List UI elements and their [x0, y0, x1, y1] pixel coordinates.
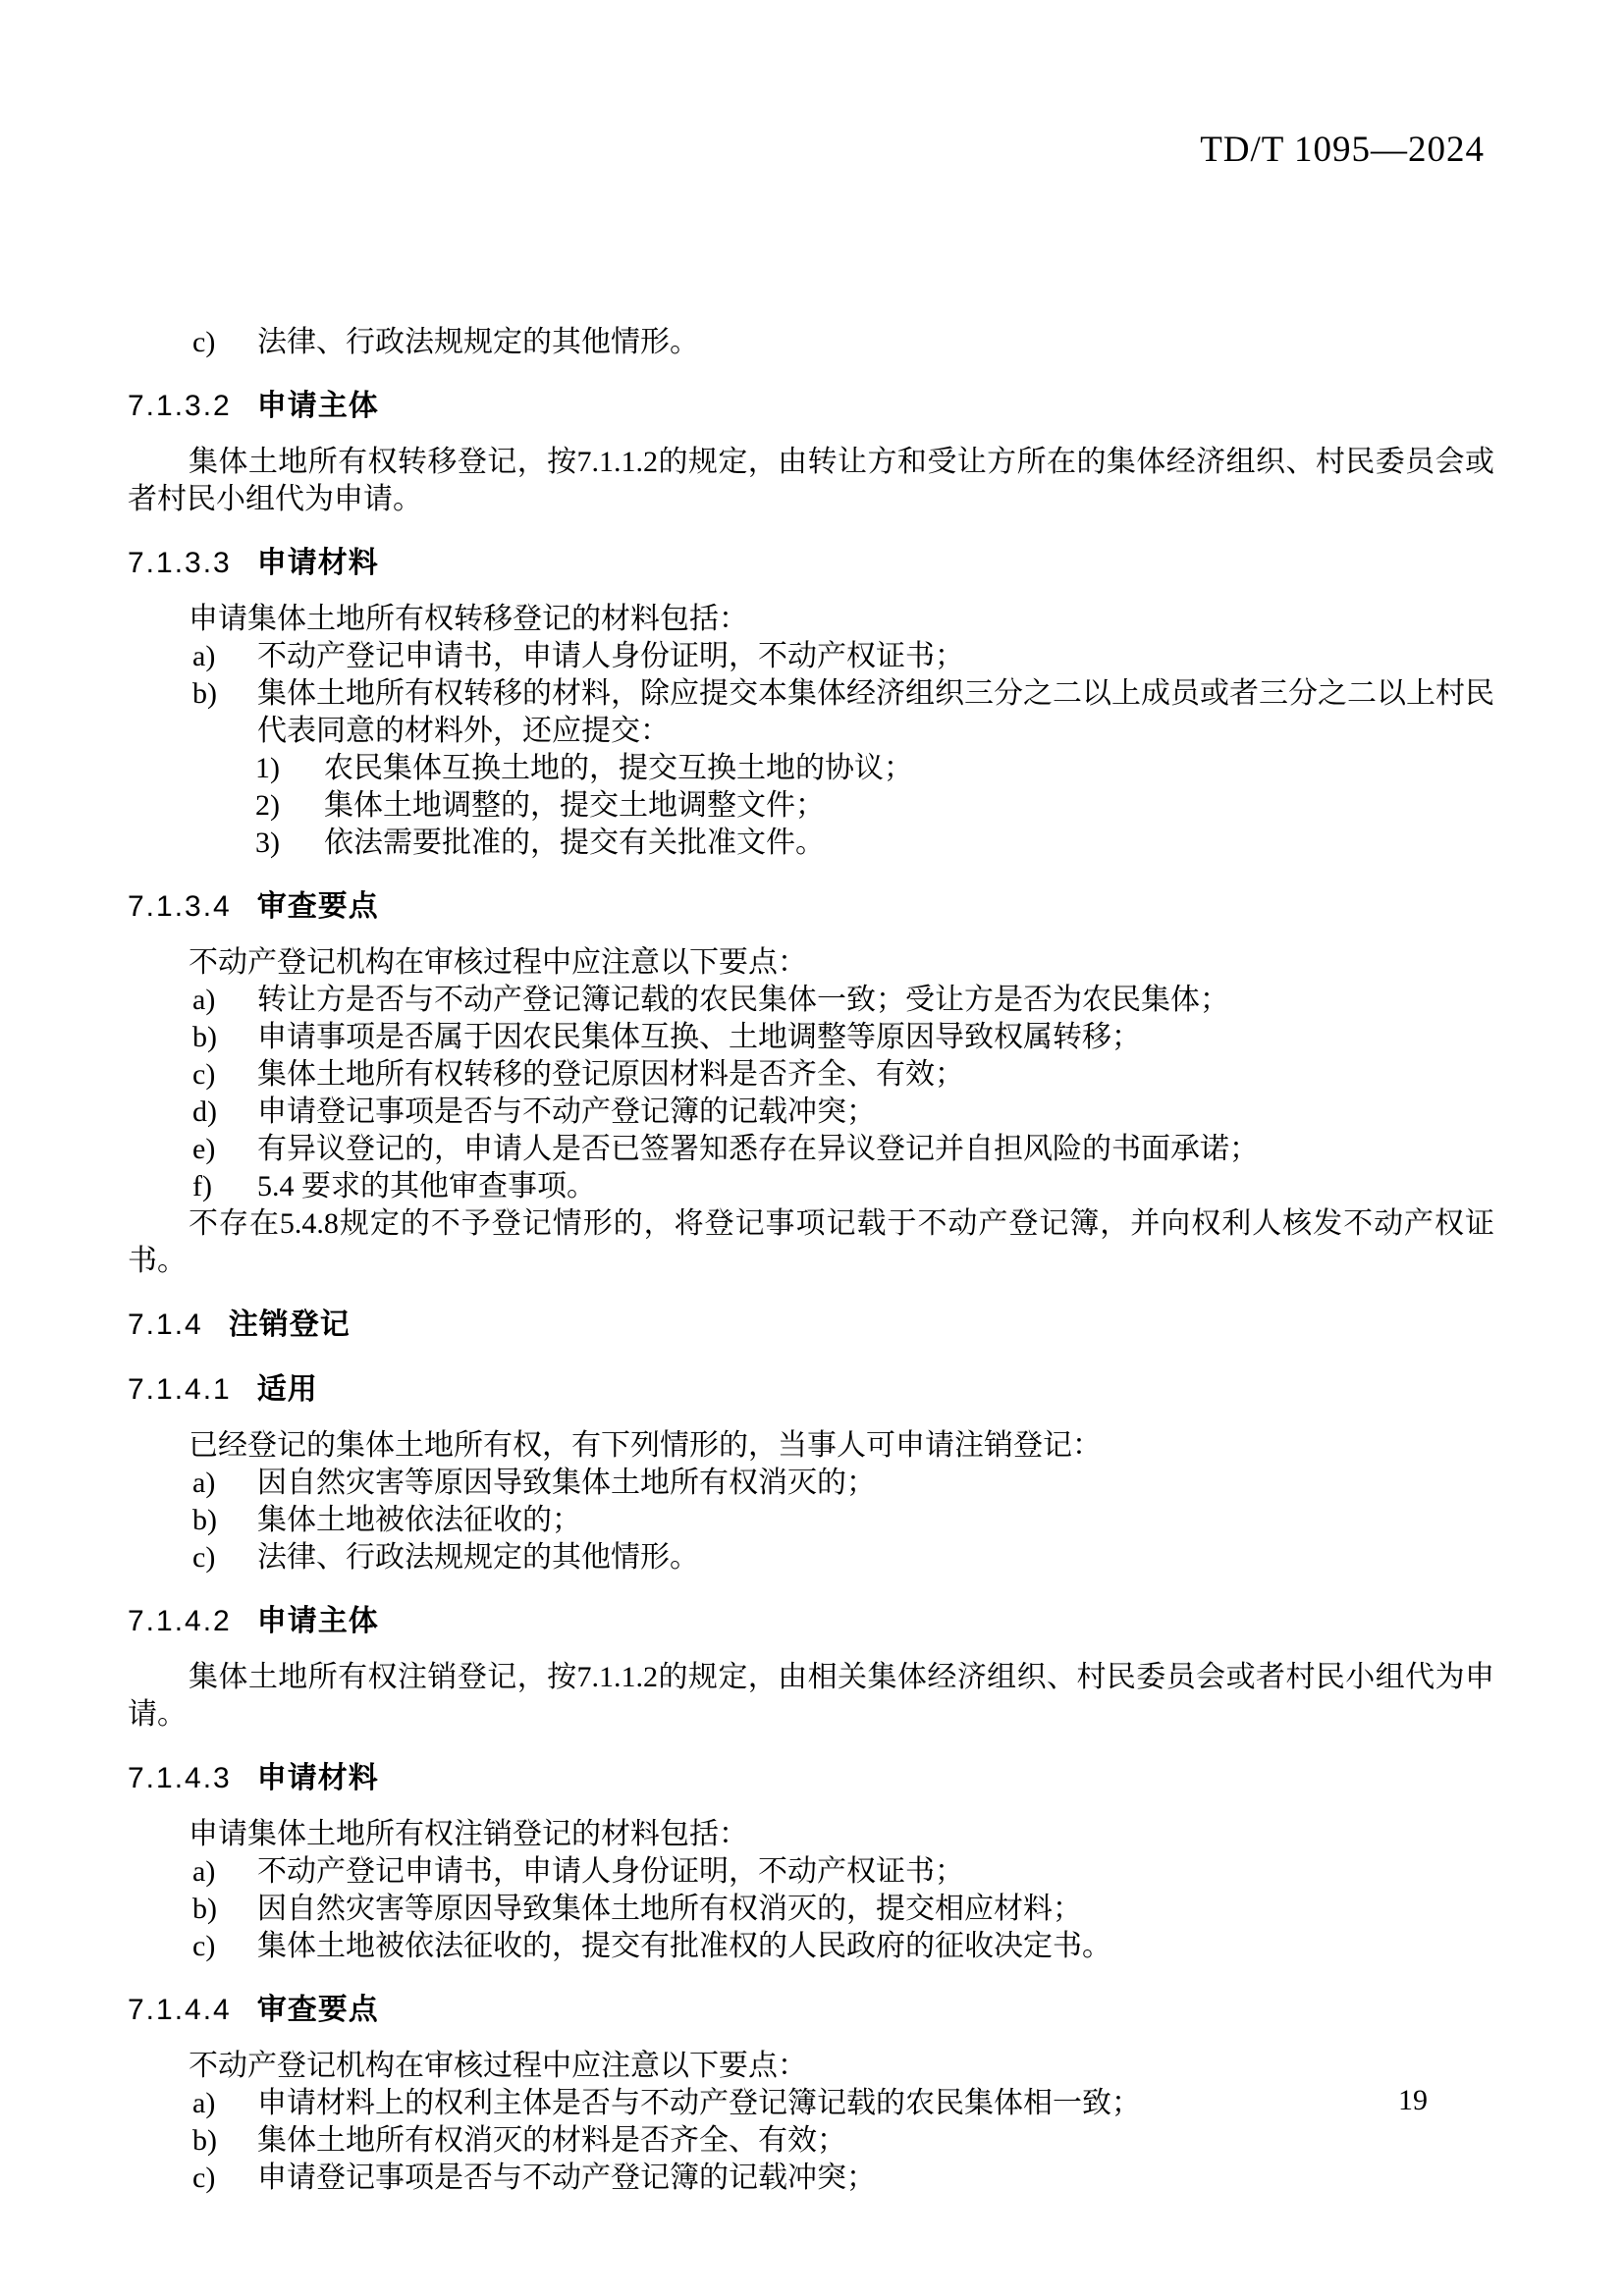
list-item: b)集体土地所有权消灭的材料是否齐全、有效；	[128, 2122, 1494, 2160]
list-item-text: 转让方是否与不动产登记簿记载的农民集体一致；受让方是否为农民集体；	[257, 982, 1494, 1019]
paragraph: 不存在5.4.8规定的不予登记情形的，将登记事项记载于不动产登记簿，并向权利人核…	[128, 1205, 1494, 1280]
list-item: 3)依法需要批准的，提交有关批准文件。	[128, 825, 1494, 862]
list-item-label: 3)	[255, 825, 324, 862]
section-title: 申请材料	[257, 544, 379, 583]
section-heading: 7.1.4.2申请主体	[128, 1602, 1494, 1641]
list-item: b)集体土地被依法征收的；	[128, 1502, 1494, 1539]
list-item-label: c)	[192, 2160, 257, 2197]
list-item: b)因自然灾害等原因导致集体土地所有权消灭的，提交相应材料；	[128, 1891, 1494, 1928]
list-item-label: b)	[192, 2122, 257, 2160]
list-item-label: a)	[192, 638, 257, 675]
list-item: b)申请事项是否属于因农民集体互换、土地调整等原因导致权属转移；	[128, 1019, 1494, 1056]
section-heading: 7.1.3.2申请主体	[128, 387, 1494, 426]
list-item-text: 集体土地所有权消灭的材料是否齐全、有效；	[257, 2122, 1494, 2160]
section-number: 7.1.3.2	[128, 387, 232, 426]
paragraph: 申请集体土地所有权转移登记的材料包括：	[128, 601, 1494, 638]
list-item-label: b)	[192, 675, 257, 750]
list-item-label: e)	[192, 1131, 257, 1168]
section-title: 申请材料	[257, 1759, 379, 1798]
paragraph: 已经登记的集体土地所有权，有下列情形的，当事人可申请注销登记：	[128, 1427, 1494, 1465]
section-heading: 7.1.3.3申请材料	[128, 544, 1494, 583]
document-body: c)法律、行政法规规定的其他情形。7.1.3.2申请主体集体土地所有权转移登记，…	[128, 324, 1494, 2197]
list-item-text: 法律、行政法规规定的其他情形。	[257, 324, 1494, 361]
list-item: c)法律、行政法规规定的其他情形。	[128, 1539, 1494, 1576]
document-page: { "page": { "doc_code": "TD/T 1095—2024"…	[0, 0, 1624, 2296]
list-item: a)转让方是否与不动产登记簿记载的农民集体一致；受让方是否为农民集体；	[128, 982, 1494, 1019]
list-item: a)不动产登记申请书，申请人身份证明，不动产权证书；	[128, 638, 1494, 675]
section-heading: 7.1.4.4审查要点	[128, 1991, 1494, 2030]
list-item-text: 不动产登记申请书，申请人身份证明，不动产权证书；	[257, 638, 1494, 675]
list-item-label: b)	[192, 1502, 257, 1539]
list-item-text: 集体土地调整的，提交土地调整文件；	[324, 787, 1494, 825]
list-item: b)集体土地所有权转移的材料，除应提交本集体经济组织三分之二以上成员或者三分之二…	[128, 675, 1494, 750]
paragraph: 申请集体土地所有权注销登记的材料包括：	[128, 1816, 1494, 1853]
page-number: 19	[1398, 2083, 1428, 2118]
section-title: 申请主体	[257, 387, 379, 426]
list-item: c)法律、行政法规规定的其他情形。	[128, 324, 1494, 361]
list-item-text: 因自然灾害等原因导致集体土地所有权消灭的，提交相应材料；	[257, 1891, 1494, 1928]
list-item-label: d)	[192, 1094, 257, 1131]
list-item-text: 农民集体互换土地的，提交互换土地的协议；	[324, 750, 1494, 787]
list-item-text: 集体土地所有权转移的登记原因材料是否齐全、有效；	[257, 1056, 1494, 1094]
section-title: 适用	[257, 1370, 318, 1410]
list-item-label: c)	[192, 1928, 257, 1965]
paragraph: 不动产登记机构在审核过程中应注意以下要点：	[128, 944, 1494, 982]
section-number: 7.1.4	[128, 1306, 203, 1345]
list-item: f)5.4 要求的其他审查事项。	[128, 1168, 1494, 1205]
list-item: 1)农民集体互换土地的，提交互换土地的协议；	[128, 750, 1494, 787]
section-title: 审查要点	[257, 1991, 379, 2030]
section-number: 7.1.4.1	[128, 1370, 232, 1410]
list-item: e)有异议登记的，申请人是否已签署知悉存在异议登记并自担风险的书面承诺；	[128, 1131, 1494, 1168]
list-item-label: c)	[192, 324, 257, 361]
list-item: a)申请材料上的权利主体是否与不动产登记簿记载的农民集体相一致；	[128, 2085, 1494, 2122]
list-item-label: 1)	[255, 750, 324, 787]
list-item-text: 依法需要批准的，提交有关批准文件。	[324, 825, 1494, 862]
section-number: 7.1.4.4	[128, 1991, 232, 2030]
paragraph: 不动产登记机构在审核过程中应注意以下要点：	[128, 2048, 1494, 2085]
list-item: c)申请登记事项是否与不动产登记簿的记载冲突；	[128, 2160, 1494, 2197]
section-title: 审查要点	[257, 887, 379, 927]
list-item-label: b)	[192, 1891, 257, 1928]
list-item-text: 申请事项是否属于因农民集体互换、土地调整等原因导致权属转移；	[257, 1019, 1494, 1056]
paragraph: 集体土地所有权注销登记，按7.1.1.2的规定，由相关集体经济组织、村民委员会或…	[128, 1659, 1494, 1734]
list-item-text: 5.4 要求的其他审查事项。	[257, 1168, 1494, 1205]
list-item: 2)集体土地调整的，提交土地调整文件；	[128, 787, 1494, 825]
list-item: c)集体土地所有权转移的登记原因材料是否齐全、有效；	[128, 1056, 1494, 1094]
list-item-label: a)	[192, 2085, 257, 2122]
list-item-label: 2)	[255, 787, 324, 825]
list-item-label: a)	[192, 982, 257, 1019]
list-item-label: c)	[192, 1056, 257, 1094]
paragraph: 集体土地所有权转移登记，按7.1.1.2的规定，由转让方和受让方所在的集体经济组…	[128, 444, 1494, 518]
list-item-label: b)	[192, 1019, 257, 1056]
list-item: a)不动产登记申请书，申请人身份证明，不动产权证书；	[128, 1853, 1494, 1891]
list-item-label: a)	[192, 1853, 257, 1891]
list-item-text: 集体土地被依法征收的；	[257, 1502, 1494, 1539]
section-title: 申请主体	[257, 1602, 379, 1641]
list-item-text: 集体土地被依法征收的，提交有批准权的人民政府的征收决定书。	[257, 1928, 1494, 1965]
list-item-text: 不动产登记申请书，申请人身份证明，不动产权证书；	[257, 1853, 1494, 1891]
list-item: a)因自然灾害等原因导致集体土地所有权消灭的；	[128, 1465, 1494, 1502]
section-heading: 7.1.4注销登记	[128, 1306, 1494, 1345]
list-item-text: 集体土地所有权转移的材料，除应提交本集体经济组织三分之二以上成员或者三分之二以上…	[257, 675, 1494, 750]
list-item-label: f)	[192, 1168, 257, 1205]
list-item: c)集体土地被依法征收的，提交有批准权的人民政府的征收决定书。	[128, 1928, 1494, 1965]
section-number: 7.1.3.4	[128, 887, 232, 927]
list-item-text: 法律、行政法规规定的其他情形。	[257, 1539, 1494, 1576]
section-number: 7.1.4.2	[128, 1602, 232, 1641]
section-title: 注销登记	[229, 1306, 351, 1345]
list-item-label: c)	[192, 1539, 257, 1576]
list-item-text: 申请材料上的权利主体是否与不动产登记簿记载的农民集体相一致；	[257, 2085, 1494, 2122]
list-item-text: 申请登记事项是否与不动产登记簿的记载冲突；	[257, 1094, 1494, 1131]
list-item-text: 申请登记事项是否与不动产登记簿的记载冲突；	[257, 2160, 1494, 2197]
list-item-text: 因自然灾害等原因导致集体土地所有权消灭的；	[257, 1465, 1494, 1502]
section-heading: 7.1.3.4审查要点	[128, 887, 1494, 927]
list-item-label: a)	[192, 1465, 257, 1502]
section-heading: 7.1.4.1适用	[128, 1370, 1494, 1410]
list-item: d)申请登记事项是否与不动产登记簿的记载冲突；	[128, 1094, 1494, 1131]
document-code: TD/T 1095—2024	[1200, 130, 1485, 171]
section-number: 7.1.3.3	[128, 544, 232, 583]
list-item-text: 有异议登记的，申请人是否已签署知悉存在异议登记并自担风险的书面承诺；	[257, 1131, 1494, 1168]
section-number: 7.1.4.3	[128, 1759, 232, 1798]
section-heading: 7.1.4.3申请材料	[128, 1759, 1494, 1798]
